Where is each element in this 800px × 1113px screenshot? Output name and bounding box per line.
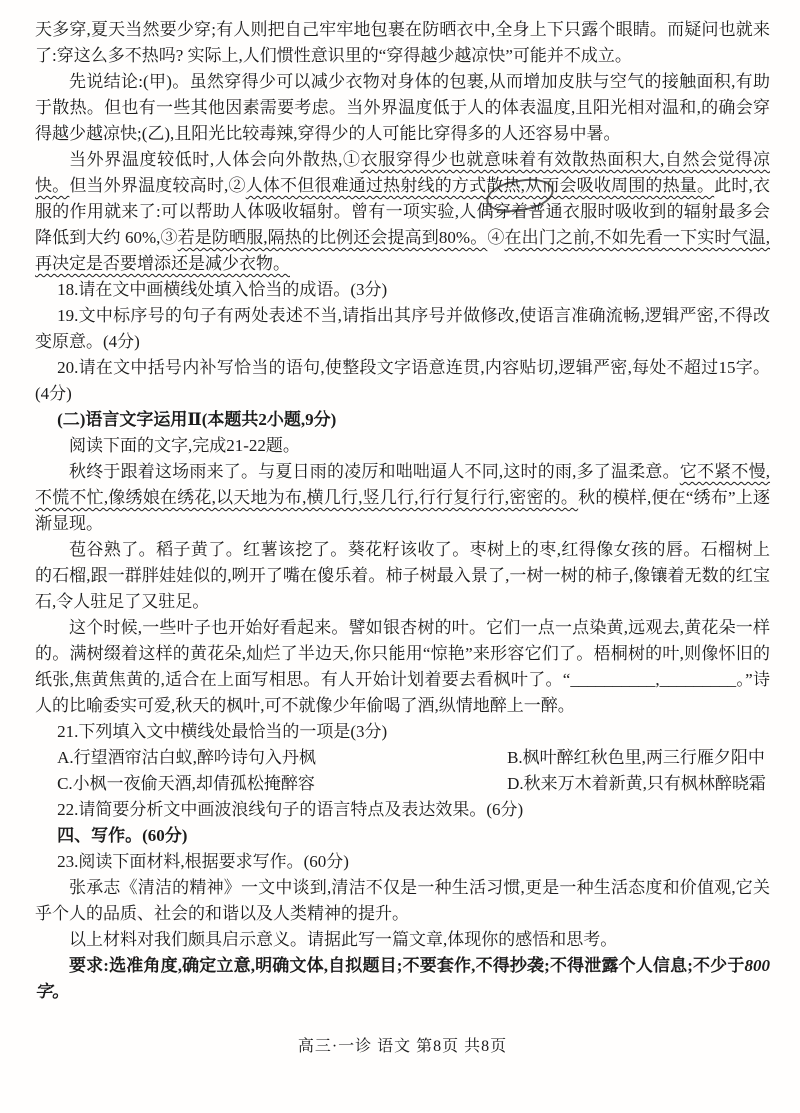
option-a: A.行望酒帘沽白蚁,醉吟诗句入丹枫 <box>57 745 507 771</box>
wavy-sentence-2: 人体不但很难通过热射线的方式散热,从而会吸收周围的热量。 <box>246 176 715 195</box>
paragraph-essay-prompt: 以上材料对我们颇具启示意义。请据此写一篇文章,体现你的感悟和思考。 <box>35 927 770 953</box>
option-b: B.枫叶醉红秋色里,两三行雁夕阳中 <box>507 745 765 771</box>
options-row-ab: A.行望酒帘沽白蚁,醉吟诗句入丹枫 B.枫叶醉红秋色里,两三行雁夕阳中 <box>35 745 770 771</box>
question-22: 22.请简要分析文中画波浪线句子的语言特点及表达效果。(6分) <box>35 797 770 823</box>
wavy-sentence-3: 若是防晒服,隔热的比例还会提高到80%。 <box>178 228 488 247</box>
paragraph-autumn-leaves: 这个时候,一些叶子也开始好看起来。譬如银杏树的叶。它们一点一点染黄,远观去,黄花… <box>35 615 770 719</box>
options-row-cd: C.小枫一夜偷天酒,却倩孤松掩醉容 D.秋来万木着新黄,只有枫林醉晓霜 <box>35 771 770 797</box>
requirements-text: 要求:选准角度,确定立意,明确文体,自拟题目;不要套作,不得抄袭;不得泄露个人信… <box>69 956 745 975</box>
question-23: 23.阅读下面材料,根据要求写作。(60分) <box>35 849 770 875</box>
exam-page: 天多穿,夏天当然要少穿;有人则把自己牢牢地包裹在防晒衣中,全身上下只露个眼睛。而… <box>0 0 800 1113</box>
paragraph-autumn-harvest: 苞谷熟了。稻子黄了。红薯该挖了。葵花籽该收了。枣树上的枣,红得像女孩的唇。石榴树… <box>35 537 770 615</box>
run-normal-4: ④ <box>487 228 504 247</box>
option-d: D.秋来万木着新黄,只有枫林醉晓霜 <box>507 771 766 797</box>
question-20: 20.请在文中括号内补写恰当的语句,使整段文字语意连贯,内容贴切,逻辑严密,每处… <box>35 355 770 407</box>
option-c: C.小枫一夜偷天酒,却倩孤松掩醉容 <box>57 771 507 797</box>
paragraph-autumn-rain: 秋终于跟着这场雨来了。与夏日雨的凌厉和咄咄逼人不同,这时的雨,多了温柔意。它不紧… <box>35 459 770 537</box>
paragraph-essay-requirements: 要求:选准角度,确定立意,明确文体,自拟题目;不要套作,不得抄袭;不得泄露个人信… <box>35 953 770 1005</box>
paragraph-clothing-continuation: 天多穿,夏天当然要少穿;有人则把自己牢牢地包裹在防晒衣中,全身上下只露个眼睛。而… <box>35 17 770 69</box>
paragraph-essay-material: 张承志《清洁的精神》一文中谈到,清洁不仅是一种生活习惯,更是一种生活态度和价值观… <box>35 875 770 927</box>
paragraph-numbered-sentences: 当外界温度较低时,人体会向外散热,①衣服穿得少也就意味着有效散热面积大,自然会觉… <box>35 147 770 277</box>
section-heading-language-use-2: (二)语言文字运用Ⅱ(本题共2小题,9分) <box>35 407 770 433</box>
run-normal-2: 但当外界温度较高时,② <box>69 176 245 195</box>
question-19: 19.文中标序号的句子有两处表述不当,请指出其序号并做修改,使语言准确流畅,逻辑… <box>35 303 770 355</box>
run-normal-1: 当外界温度较低时,人体会向外散热,① <box>69 150 361 169</box>
reading-instruction: 阅读下面的文字,完成21-22题。 <box>35 433 770 459</box>
section-heading-writing: 四、写作。(60分) <box>35 823 770 849</box>
question-21: 21.下列填入文中横线处最恰当的一项是(3分) <box>35 719 770 745</box>
page-footer: 高三·一诊 语文 第8页 共8页 <box>35 1034 770 1060</box>
paragraph-conclusion: 先说结论:(甲)。虽然穿得少可以减少衣物对身体的包裹,从而增加皮肤与空气的接触面… <box>35 69 770 147</box>
run-normal-5: 秋终于跟着这场雨来了。与夏日雨的凌厉和咄咄逼人不同,这时的雨,多了温柔意。 <box>69 462 680 481</box>
question-18: 18.请在文中画横线处填入恰当的成语。(3分) <box>35 277 770 303</box>
